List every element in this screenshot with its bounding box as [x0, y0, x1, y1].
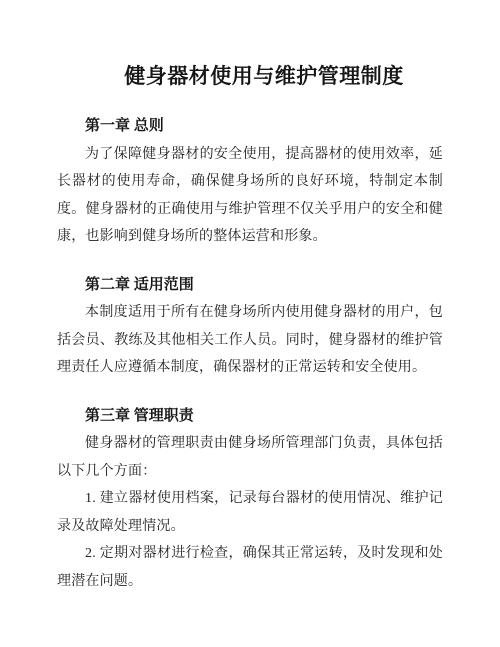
- chapter-3-list-item-2: 2. 定期对器材进行检查，确保其正常运转，及时发现和处理潜在问题。: [57, 540, 443, 595]
- document-page: 健身器材使用与维护管理制度 第一章 总则 为了保障健身器材的安全使用，提高器材的…: [0, 0, 500, 647]
- chapter-3-list-item-1: 1. 建立器材使用档案，记录每台器材的使用情况、维护记录及故障处理情况。: [57, 485, 443, 540]
- chapter-2-heading: 第二章 适用范围: [57, 272, 443, 300]
- chapter-1-heading: 第一章 总则: [57, 113, 443, 141]
- section-chapter-1: 第一章 总则 为了保障健身器材的安全使用，提高器材的使用效率，延长器材的使用寿命…: [57, 113, 443, 251]
- document-title: 健身器材使用与维护管理制度: [71, 64, 457, 88]
- section-chapter-3: 第三章 管理职责 健身器材的管理职责由健身场所管理部门负责，具体包括以下几个方面…: [57, 403, 443, 596]
- chapter-2-paragraph: 本制度适用于所有在健身场所内使用健身器材的用户，包括会员、教练及其他相关工作人员…: [57, 299, 443, 382]
- chapter-3-heading: 第三章 管理职责: [57, 403, 443, 431]
- chapter-1-paragraph: 为了保障健身器材的安全使用，提高器材的使用效率，延长器材的使用寿命，确保健身场所…: [57, 141, 443, 251]
- chapter-3-paragraph-intro: 健身器材的管理职责由健身场所管理部门负责，具体包括以下几个方面：: [57, 430, 443, 485]
- section-chapter-2: 第二章 适用范围 本制度适用于所有在健身场所内使用健身器材的用户，包括会员、教练…: [57, 272, 443, 382]
